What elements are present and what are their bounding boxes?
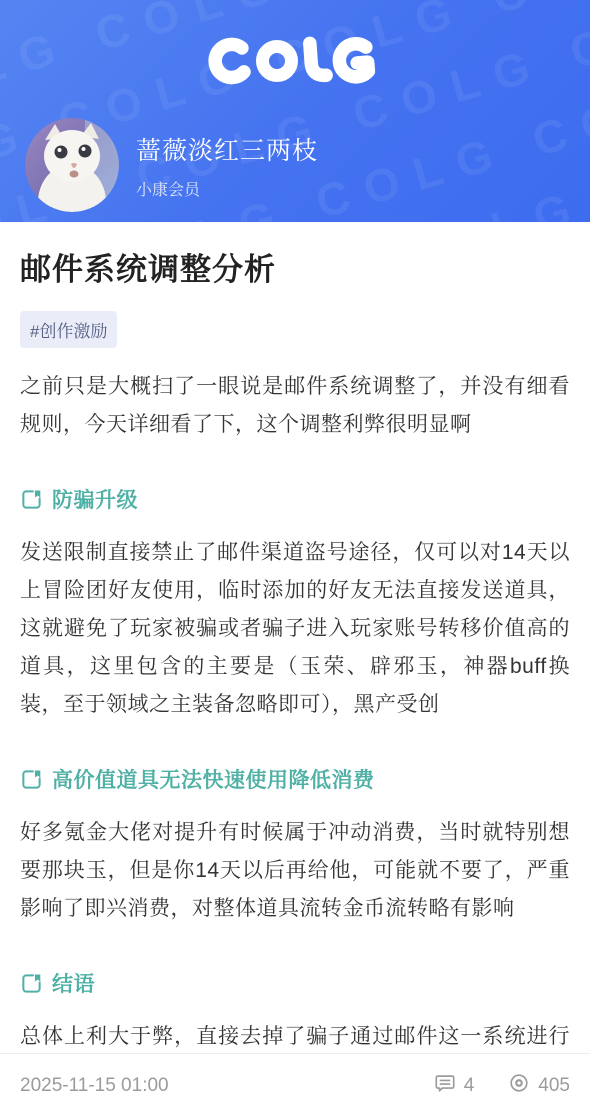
section-heading-3: 结语 xyxy=(20,968,570,998)
colg-logo-icon xyxy=(207,28,383,94)
view-stat: 405 xyxy=(508,1072,570,1100)
views-icon xyxy=(508,1072,530,1100)
section-heading-text: 高价值道具无法快速使用降低消费 xyxy=(52,764,375,794)
avatar[interactable] xyxy=(25,118,119,212)
intro-paragraph: 之前只是大概扫了一眼说是邮件系统调整了，并没有细看规则，今天详细看了下，这个调整… xyxy=(20,368,570,444)
post-footer: 2025-11-15 01:00 4 405 xyxy=(0,1053,590,1117)
bookmark-square-icon xyxy=(20,768,43,791)
section-heading-text: 防骗升级 xyxy=(52,484,138,514)
user-info[interactable]: 蔷薇淡红三两枝 小康会员 xyxy=(25,118,318,212)
section-heading-2: 高价值道具无法快速使用降低消费 xyxy=(20,764,570,794)
comment-icon xyxy=(434,1072,456,1100)
section-heading-text: 结语 xyxy=(52,968,95,998)
section-body-1: 发送限制直接禁止了邮件渠道盗号途径，仅可以对14天以上冒险团好友使用，临时添加的… xyxy=(20,534,570,724)
app-header: COLG COLG COLG COLG COLG COLG COLG COLG … xyxy=(0,0,590,222)
bookmark-square-icon xyxy=(20,488,43,511)
post-title: 邮件系统调整分析 xyxy=(20,244,570,289)
topic-tag[interactable]: #创作激励 xyxy=(20,311,117,348)
bookmark-square-icon xyxy=(20,972,43,995)
section-body-2: 好多氪金大佬对提升有时候属于冲动消费，当时就特别想要那块玉，但是你14天以后再给… xyxy=(20,814,570,928)
view-count: 405 xyxy=(538,1075,570,1097)
username[interactable]: 蔷薇淡红三两枝 xyxy=(136,131,318,167)
comment-stat[interactable]: 4 xyxy=(434,1072,475,1100)
member-badge: 小康会员 xyxy=(136,177,318,200)
comment-count: 4 xyxy=(464,1075,475,1097)
post-content: 邮件系统调整分析 #创作激励 之前只是大概扫了一眼说是邮件系统调整了，并没有细看… xyxy=(0,244,590,1094)
cat-avatar-image xyxy=(25,118,119,212)
colg-logo xyxy=(0,28,590,94)
section-heading-1: 防骗升级 xyxy=(20,484,570,514)
post-stats: 4 405 xyxy=(434,1072,570,1100)
user-meta: 蔷薇淡红三两枝 小康会员 xyxy=(136,131,318,200)
post-timestamp: 2025-11-15 01:00 xyxy=(20,1075,169,1097)
